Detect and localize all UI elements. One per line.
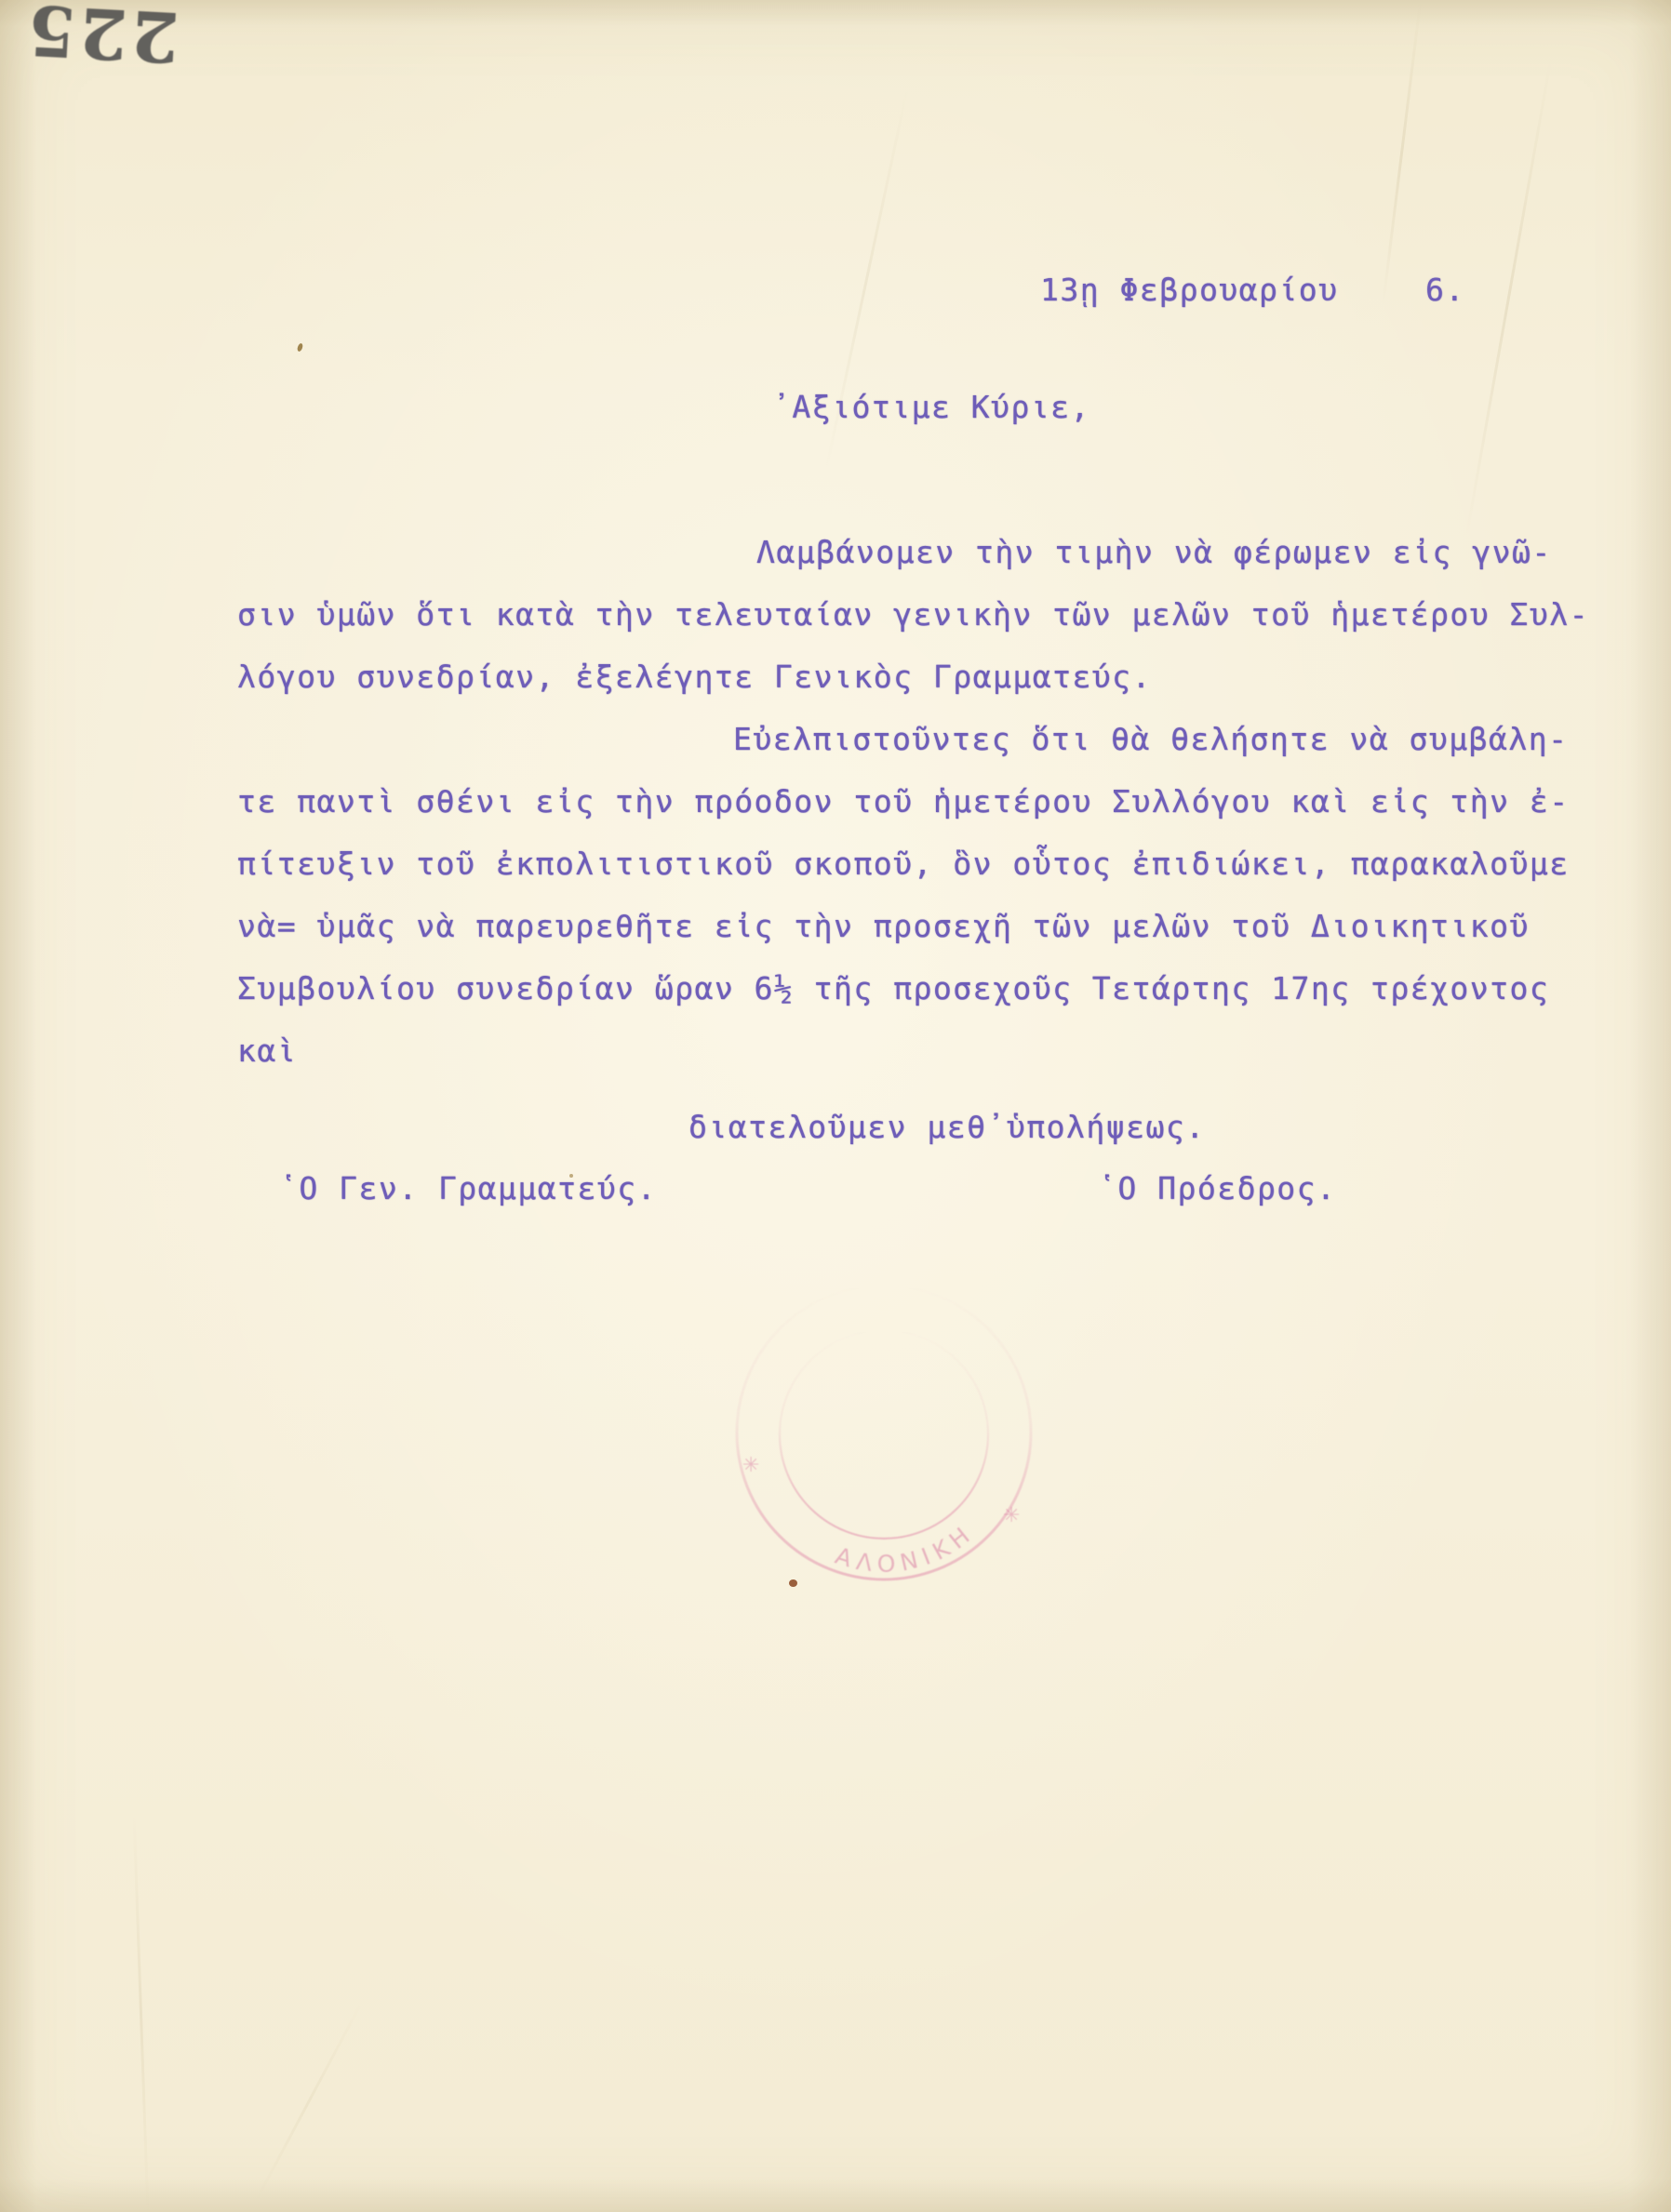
paper-speck [789,1579,797,1587]
round-stamp: ΑΛΟΝΙΚΗ ✳ ✳ [716,1273,1051,1592]
paper-crease [1382,1,1422,306]
body-line: καὶ [237,1019,1605,1082]
signature-secretary: ῾Ο Γεν. Γραμματεύς. [279,1170,657,1206]
stamp-arc-text: ΑΛΟΝΙΚΗ [832,1518,980,1578]
letter-page: 225 13ῃ Φεβρουαρίου 6. ᾽Αξιότιμε Κύριε, … [0,0,1671,2212]
archive-page-number: 225 [22,0,181,76]
date-line: 13ῃ Φεβρουαρίου 6. [0,272,1671,318]
letter-body: Λαμβάνομεν τὴν τιμὴν νὰ φέρωμεν εἰς γνῶ-… [237,521,1605,1082]
letter-date: 13ῃ Φεβρουαρίου [1040,272,1339,308]
stamp-star-icon: ✳ [742,1454,759,1477]
salutation: ᾽Αξιότιμε Κύριε, [772,389,1090,425]
paper-speck [297,342,304,352]
svg-text:ΑΛΟΝΙΚΗ: ΑΛΟΝΙΚΗ [832,1518,980,1578]
body-line: νὰ= ὑμᾶς νὰ παρευρεθῆτε εἰς τὴν προσεχῆ … [237,895,1605,957]
stamp-star-icon: ✳ [1003,1504,1020,1527]
paper-crease [132,1814,149,2212]
body-line: σιν ὑμῶν ὅτι κατὰ τὴν τελευταίαν γενικὴν… [237,583,1605,646]
stamp-outer-ring [737,1286,1031,1579]
paper-crease [255,2003,362,2201]
body-line: Εὐελπιστοῦντες ὅτι θὰ θελήσητε νὰ συμβάλ… [733,708,1605,770]
body-line: Συμβουλίου συνεδρίαν ὥραν 6½ τῆς προσεχο… [237,957,1605,1019]
body-line: Λαμβάνομεν τὴν τιμὴν νὰ φέρωμεν εἰς γνῶ- [756,521,1605,583]
letter-date-number: 6. [1425,272,1465,308]
closing-formula: διατελοῦμεν μεθ᾽ὑπολήψεως. [688,1109,1206,1145]
body-line: λόγου συνεδρίαν, ἐξελέγητε Γενικὸς Γραμμ… [237,646,1605,708]
body-line: τε παντὶ σθένι εἰς τὴν πρόοδον τοῦ ἡμετέ… [237,770,1605,833]
body-line: πίτευξιν τοῦ ἐκπολιτιστικοῦ σκοποῦ, ὃν ο… [237,833,1605,895]
signature-president: ῾Ο Πρόεδρος. [1098,1170,1336,1206]
stamp-inner-ring [780,1330,988,1539]
